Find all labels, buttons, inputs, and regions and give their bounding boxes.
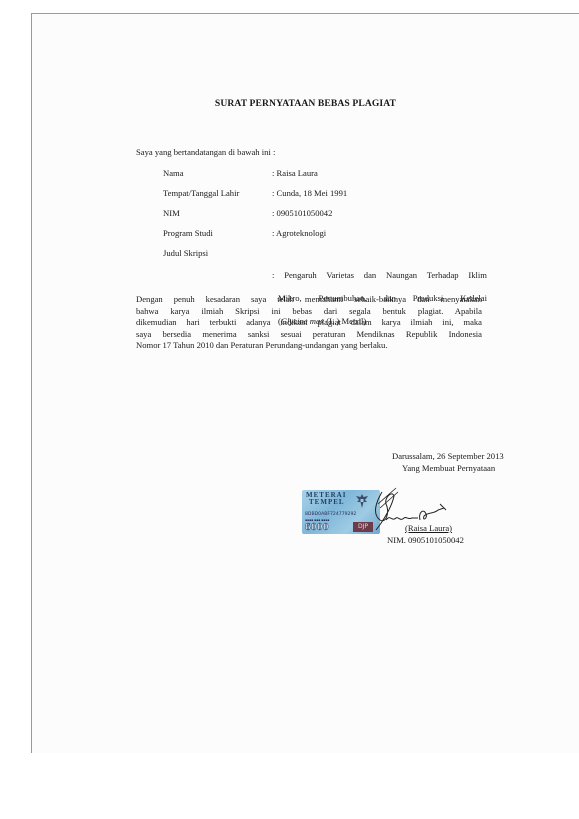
statement-line: Nomor 17 Tahun 2010 dan Peraturan Perund…: [136, 340, 482, 352]
field-value: : 0905101050042: [272, 208, 487, 218]
statement-line: bahwa karya ilmiah Skripsi ini bebas dar…: [136, 306, 482, 318]
document-title: SURAT PERNYATAAN BEBAS PLAGIAT: [32, 98, 579, 109]
signer-nim: NIM. 0905101050042: [387, 535, 464, 545]
field-label: NIM: [163, 208, 272, 218]
statement-line: Dengan penuh kesadaran saya telah memaha…: [136, 294, 482, 306]
signer-title: Yang Membuat Pernyataan: [402, 463, 495, 473]
field-value: : Raisa Laura: [272, 168, 487, 178]
field-value: : Agroteknologi: [272, 228, 487, 238]
intro-text: Saya yang bertandatangan di bawah ini :: [136, 147, 275, 157]
field-row-birth: Tempat/Tanggal Lahir : Cunda, 18 Mei 199…: [163, 188, 487, 208]
field-row-program: Program Studi : Agroteknologi: [163, 228, 487, 248]
place-date: Darussalam, 26 September 2013: [392, 451, 504, 461]
statement-paragraph: Dengan penuh kesadaran saya telah memaha…: [136, 294, 482, 352]
field-row-name: Nama : Raisa Laura: [163, 168, 487, 188]
thesis-title-line-1: : Pengaruh Varietas dan Naungan Terhadap…: [272, 270, 487, 282]
signer-name: (Raisa Laura): [405, 523, 452, 533]
field-label: Judul Skripsi: [163, 248, 272, 258]
statement-line: saya bersedia menerima sanksi sesuai per…: [136, 329, 482, 341]
stamp-value: 6000: [305, 521, 329, 533]
stamp-label: METERAI TEMPEL: [306, 492, 346, 506]
field-value: : Cunda, 18 Mei 1991: [272, 188, 487, 198]
field-label: Nama: [163, 168, 272, 178]
field-label: Tempat/Tanggal Lahir: [163, 188, 272, 198]
statement-line: dikemudian hari terbukti adanya indikasi…: [136, 317, 482, 329]
document-page: SURAT PERNYATAAN BEBAS PLAGIAT Saya yang…: [31, 13, 579, 753]
field-label: Program Studi: [163, 228, 272, 238]
stamp-serial: 8DBD0ABF724779292: [305, 512, 356, 517]
field-row-nim: NIM : 0905101050042: [163, 208, 487, 228]
